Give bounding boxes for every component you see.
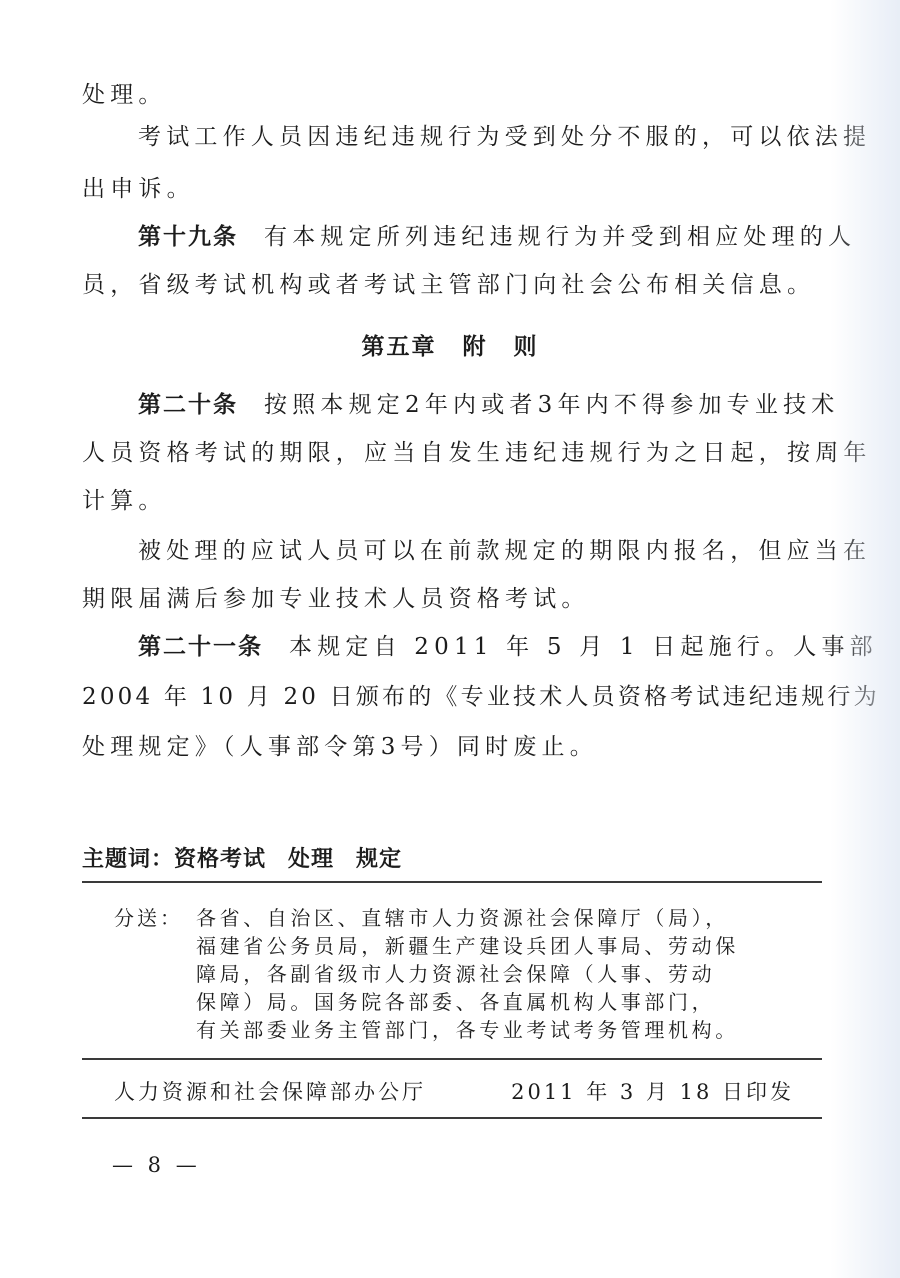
keyword: 处理 [288,847,334,872]
paragraph-line: 处理规定》（人事部令第3号）同时废止。 [82,732,822,762]
paragraph-line: 被处理的应试人员可以在前款规定的期限内报名，但应当在 [138,536,822,566]
distribution-line: 福建省公务员局，新疆生产建设兵团人事局、劳动保 [196,930,739,959]
article-19: 第十九条有本规定所列违纪违规行为并受到相应处理的人 [138,222,822,252]
chapter-title-a: 附 [463,334,488,360]
article-number: 第十九条 [138,224,238,250]
article-text: 本规定自 2011 年 5 月 1 日起施行。人事部 [289,634,878,660]
article-20: 第二十条按照本规定2年内或者3年内不得参加专业技术 [138,390,822,420]
article-21: 第二十一条本规定自 2011 年 5 月 1 日起施行。人事部 [138,632,822,662]
document-page: 处理。 考试工作人员因违纪违规行为受到处分不服的，可以依法提 出申诉。 第十九条… [0,0,900,1278]
page-number: — 8 — [112,1153,201,1177]
article-text: 有本规定所列违纪违规行为并受到相应处理的人 [264,224,856,250]
chapter-number: 第五章 [362,334,437,360]
subject-keywords: 主题词：资格考试处理规定 [82,842,402,873]
keyword: 规定 [356,847,402,872]
paragraph-line: 处理。 [82,80,822,110]
distribution-line: 保障）局。国务院各部委、各直属机构人事部门， [196,986,715,1015]
article-number: 第二十一条 [138,634,263,660]
chapter-title-b: 则 [514,334,539,360]
chapter-heading: 第五章附则 [0,328,900,361]
divider [82,1117,822,1119]
distribution-line: 障局，各副省级市人力资源社会保障（人事、劳动 [196,958,715,987]
paragraph-line: 期限届满后参加专业技术人员资格考试。 [82,584,822,614]
divider [82,1058,822,1060]
issuing-office: 人力资源和社会保障部办公厅 [114,1076,426,1106]
paragraph-line: 人员资格考试的期限，应当自发生违纪违规行为之日起，按周年 [82,438,822,468]
distribution-line: 有关部委业务主管部门，各专业考试考务管理机构。 [196,1014,739,1043]
divider [82,881,822,883]
paragraph-line: 员，省级考试机构或者考试主管部门向社会公布相关信息。 [82,270,822,300]
keywords-label: 主题词： [82,847,174,872]
article-text: 按照本规定2年内或者3年内不得参加专业技术 [264,392,839,418]
paragraph-line: 出申诉。 [82,174,822,204]
paragraph-line: 2004 年 10 月 20 日颁布的《专业技术人员资格考试违纪违规行为 [82,682,822,712]
distribution-line: 各省、自治区、直辖市人力资源社会保障厅（局）， [196,902,729,931]
keyword: 资格考试 [174,847,266,872]
paragraph-line: 计算。 [82,486,822,516]
article-number: 第二十条 [138,392,238,418]
issue-date: 2011 年 3 月 18 日印发 [511,1076,794,1106]
distribution-label: 分送： [114,902,183,931]
paragraph-line: 考试工作人员因违纪违规行为受到处分不服的，可以依法提 [138,122,822,152]
